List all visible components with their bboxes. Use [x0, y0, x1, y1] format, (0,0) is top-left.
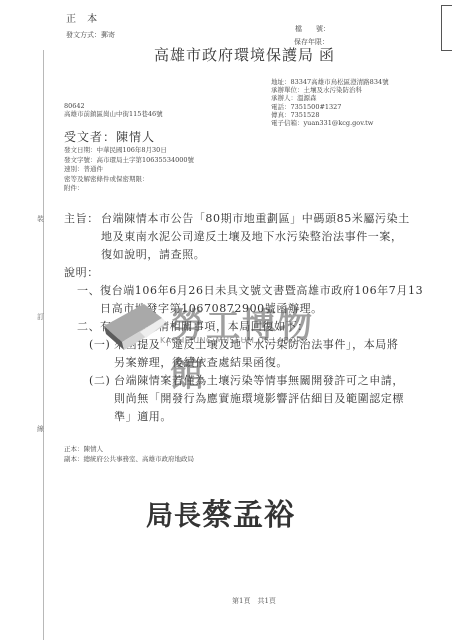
- item-1-marker: 一、: [77, 282, 100, 300]
- document-meta: 發文日期：中華民國106年8月30日 發文字號：高市環局土字第106355340…: [64, 146, 194, 194]
- sub-1-line: 來函提及「違反土壤及地下水污染防治法事件」，本局將: [114, 336, 399, 354]
- cc-recipients: 副本：總統府公共事務室、高雄市政府地政局: [64, 454, 194, 464]
- sender-fax: 傳真：7351528: [271, 111, 389, 119]
- sub-2-line: 台端陳情案若僅為土壤污染等情事無關開發許可之申請，: [114, 372, 404, 390]
- send-method: 發文方式：郵寄: [66, 30, 115, 40]
- sender-contact: 地址：83347高雄市鳥松區澄清路834號 承辦單位：土壤及水污染防治科 承辦人…: [271, 78, 389, 127]
- binding-mark-ding: 訂: [37, 312, 44, 322]
- sender-officer: 承辦人：溫源森: [271, 94, 389, 102]
- original-recipient: 正本：陳情人: [64, 444, 194, 454]
- secrecy-level: 密等及解密條件或保密期限：: [64, 175, 194, 185]
- signature-title: 局長: [146, 501, 202, 532]
- recipient-postcode: 80642: [64, 102, 163, 110]
- sender-email: 電子信箱：yuan331@kcg.gov.tw: [271, 119, 389, 127]
- signature-name: 蔡孟裕: [202, 498, 295, 533]
- document-number: 發文字號：高市環局土字第10635534000號: [64, 156, 194, 166]
- binding-line: [43, 50, 44, 640]
- sub-1-body: 來函提及「違反土壤及地下水污染防治法事件」，本局將 另案辦理，後續依查處結果函復…: [114, 336, 399, 372]
- binding-mark-zhuang: 裝: [37, 214, 44, 224]
- recipient-address: 80642 高雄市前鎮區崗山中街115巷46號: [64, 102, 163, 118]
- item-1-line: 日高市地發字第10670872900號函辦理。: [100, 300, 423, 318]
- item-1-line: 復台端106年6月26日未具文號文書暨高雄市政府106年7月13: [100, 282, 423, 300]
- sub-2-marker: (二): [89, 372, 110, 390]
- subject-line: 台端陳情本市公告「80期市地重劃區」中碼頭85米屬污染土: [101, 210, 410, 228]
- item-2-line: 有關台端陳情相關事項，本局回復如下：: [100, 318, 309, 336]
- item-1-body: 復台端106年6月26日未具文號文書暨高雄市政府106年7月13 日高市地發字第…: [100, 282, 423, 318]
- subject-label: 主旨：: [64, 210, 99, 228]
- sender-phone: 電話：7351500#1327: [271, 103, 389, 111]
- file-number-label: 檔 號：: [295, 24, 330, 34]
- issue-date: 發文日期：中華民國106年8月30日: [64, 146, 194, 156]
- document-type: 函: [319, 44, 335, 65]
- recipient-street: 高雄市前鎮區崗山中街115巷46號: [64, 110, 163, 118]
- agency-title: 高雄市政府環境保護局: [154, 44, 314, 65]
- sub-2-body: 台端陳情案若僅為土壤污染等情事無關開發許可之申請， 則尚無「開發行為應實施環境影…: [114, 372, 404, 426]
- sender-address: 地址：83347高雄市鳥松區澄清路834號: [271, 78, 389, 86]
- sub-1-marker: (一): [89, 336, 110, 354]
- corner-bracket: [441, 5, 452, 51]
- explanation-label: 說明：: [64, 264, 99, 282]
- subject-line: 地及東南水泥公司違反土壤及地下水污染整治法事件一案，: [101, 228, 410, 246]
- subject-body: 台端陳情本市公告「80期市地重劃區」中碼頭85米屬污染土 地及東南水泥公司違反土…: [101, 210, 410, 264]
- distribution: 正本：陳情人 副本：總統府公共事務室、高雄市政府地政局: [64, 444, 194, 464]
- sub-2-line: 則尚無「開發行為應實施環境影響評估細目及範圍認定標: [114, 390, 404, 408]
- sub-1-line: 另案辦理，後續依查處結果函復。: [114, 354, 399, 372]
- copy-type: 正 本: [66, 10, 101, 25]
- binding-mark-xian: 線: [37, 424, 44, 434]
- recipient: 受文者：陳情人: [64, 128, 155, 145]
- speed-class: 速別：普通件: [64, 165, 194, 175]
- item-2-marker: 二、: [77, 318, 100, 336]
- sub-2-line: 準」適用。: [114, 408, 404, 426]
- subject-line: 復如說明，請查照。: [101, 246, 410, 264]
- page-footer: 第1頁 共1頁: [232, 596, 276, 606]
- attachment: 附件：: [64, 184, 194, 194]
- signature: 局長蔡孟裕: [146, 490, 295, 534]
